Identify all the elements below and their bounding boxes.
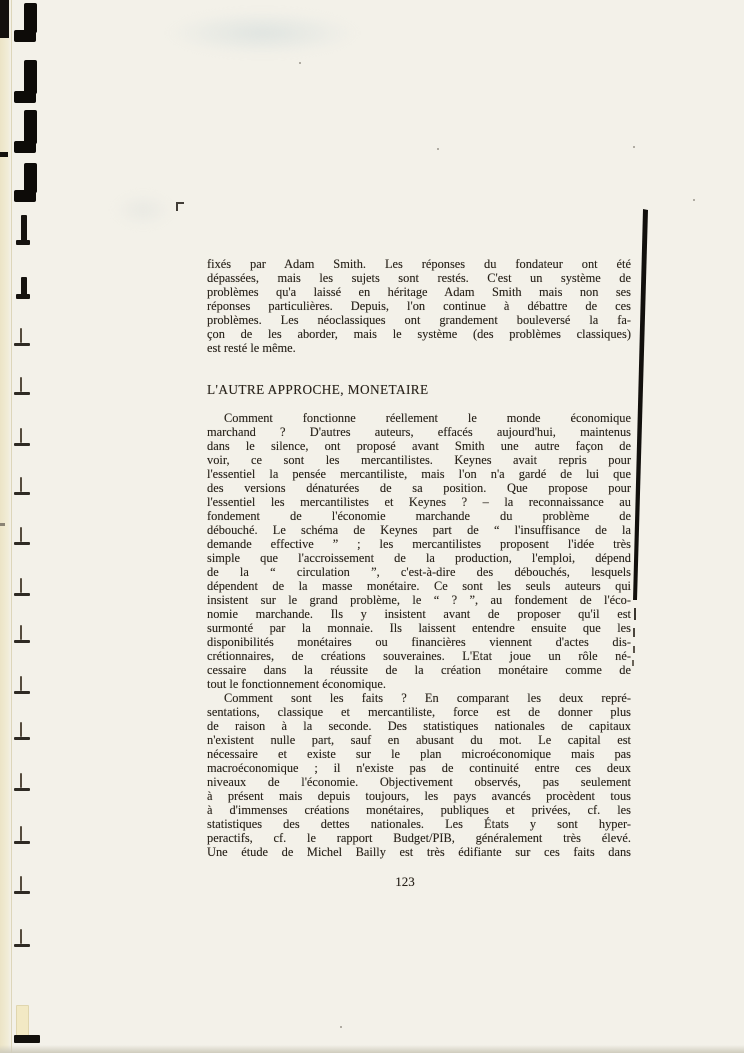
text-line: des versions dénaturées de sa position. …: [207, 481, 631, 495]
text-line: statistiques des dettes nationales. Les …: [207, 817, 631, 831]
text-line: sentations, classique et mercantiliste, …: [207, 705, 631, 719]
text-line: Une étude de Michel Bailly est très édif…: [207, 845, 631, 859]
binding-mark: [14, 625, 30, 643]
scan-speck: [176, 202, 184, 211]
binding-mark: [14, 215, 30, 245]
text-line: tout le fonctionnement économique.: [207, 677, 631, 691]
text-line: insistent sur le grand problème, le “ ? …: [207, 593, 631, 607]
scan-smudge: [165, 10, 360, 56]
binding-mark: [14, 773, 30, 791]
binding-mark: [14, 3, 37, 42]
binding-mark: [14, 277, 30, 299]
binding-mark: [14, 428, 30, 446]
paragraph-continuation: fixés par Adam Smith. Les réponses du fo…: [207, 257, 631, 355]
text-line: surmonté par la monnaie. Ils laissent en…: [207, 621, 631, 635]
binding-mark: [14, 1005, 40, 1043]
section-heading: L'AUTRE APPROCHE, MONETAIRE: [207, 383, 631, 397]
text-line: marchand ? D'autres auteurs, effacés auj…: [207, 425, 631, 439]
text-line: réponses particulières. Depuis, l'on con…: [207, 299, 631, 313]
text-column: fixés par Adam Smith. Les réponses du fo…: [207, 257, 631, 859]
text-line: peractifs, cf. le rapport Budget/PIB, gé…: [207, 831, 631, 845]
text-line: l'essentiel la pensée mercantiliste, mai…: [207, 467, 631, 481]
text-line: est resté le même.: [207, 341, 631, 355]
binding-mark: [14, 578, 30, 596]
binding-mark: [14, 110, 37, 153]
text-line: crétionnaires, de créations souveraines.…: [207, 649, 631, 663]
binding-mark: [14, 527, 30, 545]
scan-speck: [633, 146, 635, 148]
scan-speck: [693, 199, 695, 201]
text-line: disponibilités monétaires ou financières…: [207, 635, 631, 649]
text-line: de raison à la seconde. Des statistiques…: [207, 719, 631, 733]
text-line: niveaux de l'économie. Objectivement obs…: [207, 775, 631, 789]
binding-mark: [14, 722, 30, 740]
binding-mark: [14, 377, 30, 395]
page-bottom-shadow: [0, 1045, 744, 1053]
binding-mark: [14, 328, 30, 346]
scan-speck: [437, 148, 439, 150]
text-line: cessaire dans la réussite de la création…: [207, 663, 631, 677]
text-line: demande effective ” ; les mercantilistes…: [207, 537, 631, 551]
text-line: Comment sont les faits ? En comparant le…: [207, 691, 631, 705]
scanned-book-page: fixés par Adam Smith. Les réponses du fo…: [0, 0, 744, 1053]
text-line: nomie marchande. Ils y insistent avant d…: [207, 607, 631, 621]
text-line: débouché. Le schéma de Keynes part de “ …: [207, 523, 631, 537]
text-line: à d'immenses créations monétaires, publi…: [207, 803, 631, 817]
text-line: dépassées, mais les sujets sont restés. …: [207, 271, 631, 285]
text-line: l'essentiel les mercantilistes et Keynes…: [207, 495, 631, 509]
scan-speck: [299, 62, 301, 64]
binding-mark: [14, 163, 37, 202]
scan-speck: [340, 1026, 342, 1028]
text-line: voir, ce sont les mercantilistes. Keynes…: [207, 453, 631, 467]
text-line: nécessaire et existe sur le plan microéc…: [207, 747, 631, 761]
binding-mark: [14, 676, 30, 694]
scan-edge-artifact: [0, 152, 8, 157]
text-line: problèmes qu'a laissé en héritage Adam S…: [207, 285, 631, 299]
scan-corner-artifact: [0, 0, 9, 38]
binding-mark: [14, 477, 30, 495]
text-line: Comment fonctionne réellement le monde é…: [207, 411, 631, 425]
text-line: simple que l'accroissement de la product…: [207, 551, 631, 565]
paragraph-monetary-approach: Comment fonctionne réellement le monde é…: [207, 411, 631, 691]
binding-edge-strip: [0, 0, 12, 1053]
text-line: problèmes. Les néoclassiques ont grandem…: [207, 313, 631, 327]
page-number: 123: [365, 875, 445, 889]
text-line: fixés par Adam Smith. Les réponses du fo…: [207, 257, 631, 271]
binding-mark: [14, 826, 30, 844]
text-line: dépendent de la masse monétaire. Ce sont…: [207, 579, 631, 593]
binding-mark: [14, 60, 37, 103]
text-line: çon de les aborder, mais le système (des…: [207, 327, 631, 341]
text-line: n'existent nulle part, sauf en abusant d…: [207, 733, 631, 747]
scan-edge-artifact: [0, 523, 5, 526]
text-line: dans le silence, ont proposé avant Smith…: [207, 439, 631, 453]
text-line: fondement de l'économie marchande du pro…: [207, 509, 631, 523]
text-line: à présent mais depuis toujours, les pays…: [207, 789, 631, 803]
binding-mark: [14, 876, 30, 894]
binding-mark: [14, 929, 30, 947]
text-line: de la “ circulation ”, c'est-à-dire des …: [207, 565, 631, 579]
text-line: macroéconomique ; il n'existe pas de con…: [207, 761, 631, 775]
paragraph-facts: Comment sont les faits ? En comparant le…: [207, 691, 631, 859]
scan-smudge: [112, 192, 174, 228]
